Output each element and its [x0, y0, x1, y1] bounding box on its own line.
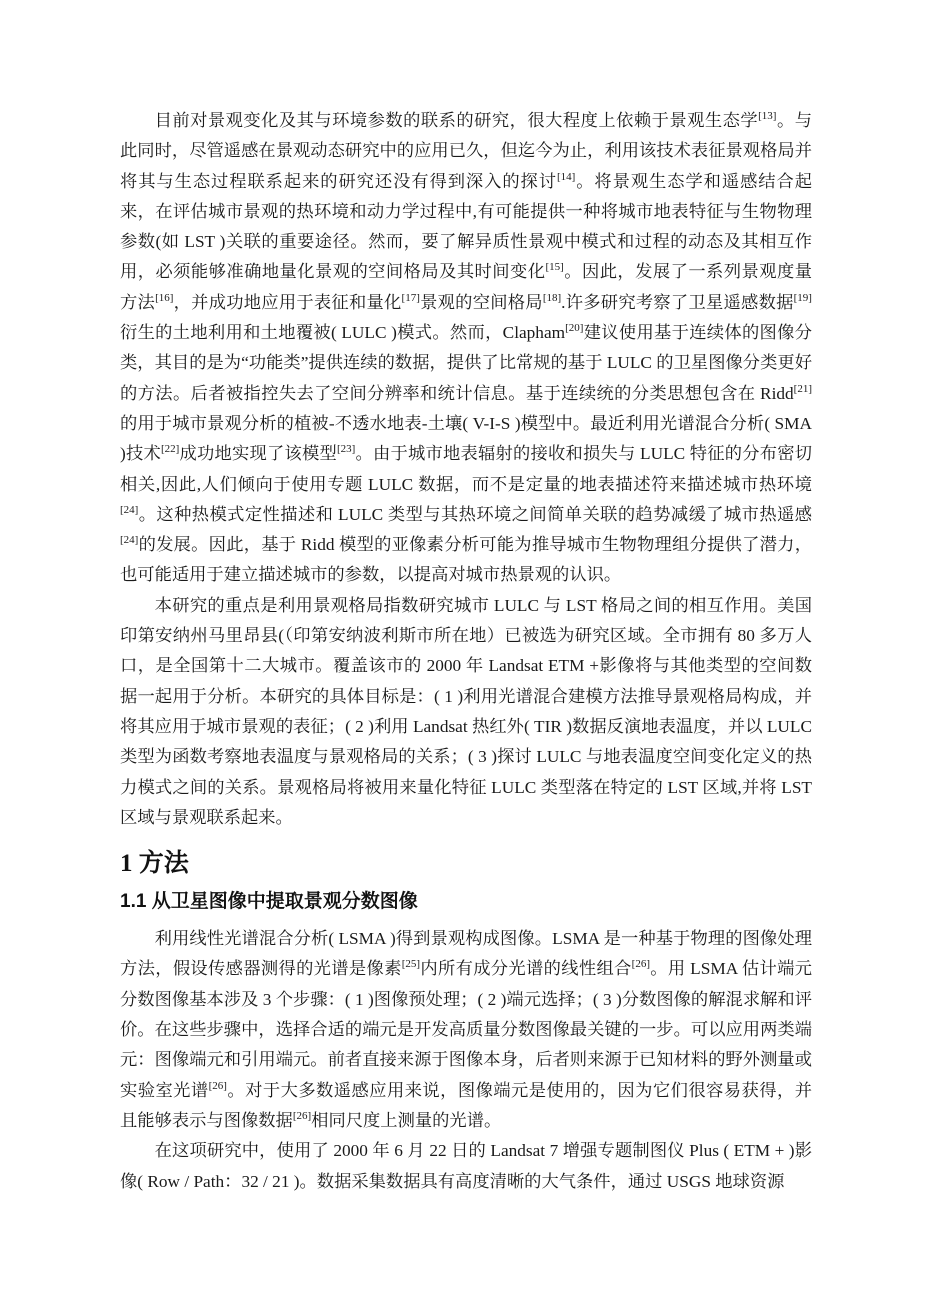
- citation-ref: [15]: [545, 262, 563, 274]
- citation-ref: [26]: [632, 959, 650, 971]
- body-paragraph: 目前对景观变化及其与环境参数的联系的研究，很大程度上依赖于景观生态学[13]。与…: [120, 106, 812, 591]
- citation-ref: [18]: [543, 292, 561, 304]
- citation-ref: [21]: [794, 383, 812, 395]
- citation-ref: [25]: [402, 959, 420, 971]
- citation-ref: [22]: [161, 444, 179, 456]
- citation-ref: [20]: [565, 322, 583, 334]
- citation-ref: [13]: [758, 110, 776, 122]
- body-paragraph: 利用线性光谱混合分析( LSMA )得到景观构成图像。LSMA 是一种基于物理的…: [120, 924, 812, 1136]
- citation-ref: [26]: [293, 1110, 311, 1122]
- citation-ref: [26]: [209, 1080, 227, 1092]
- document-content: 目前对景观变化及其与环境参数的联系的研究，很大程度上依赖于景观生态学[13]。与…: [120, 106, 812, 1197]
- citation-ref: [24]: [120, 504, 138, 516]
- citation-ref: [24]: [120, 534, 138, 546]
- body-paragraph: 本研究的重点是利用景观格局指数研究城市 LULC 与 LST 格局之间的相互作用…: [120, 591, 812, 833]
- citation-ref: [14]: [557, 171, 575, 183]
- subsection-heading: 1.1 从卫星图像中提取景观分数图像: [120, 889, 812, 915]
- document-page: 目前对景观变化及其与环境参数的联系的研究，很大程度上依赖于景观生态学[13]。与…: [0, 0, 926, 1309]
- body-paragraph: 在这项研究中，使用了 2000 年 6 月 22 日的 Landsat 7 增强…: [120, 1136, 812, 1197]
- citation-ref: [17]: [402, 292, 420, 304]
- citation-ref: [23]: [337, 444, 355, 456]
- citation-ref: [19]: [794, 292, 812, 304]
- citation-ref: [16]: [155, 292, 173, 304]
- section-heading: 1 方法: [120, 848, 812, 880]
